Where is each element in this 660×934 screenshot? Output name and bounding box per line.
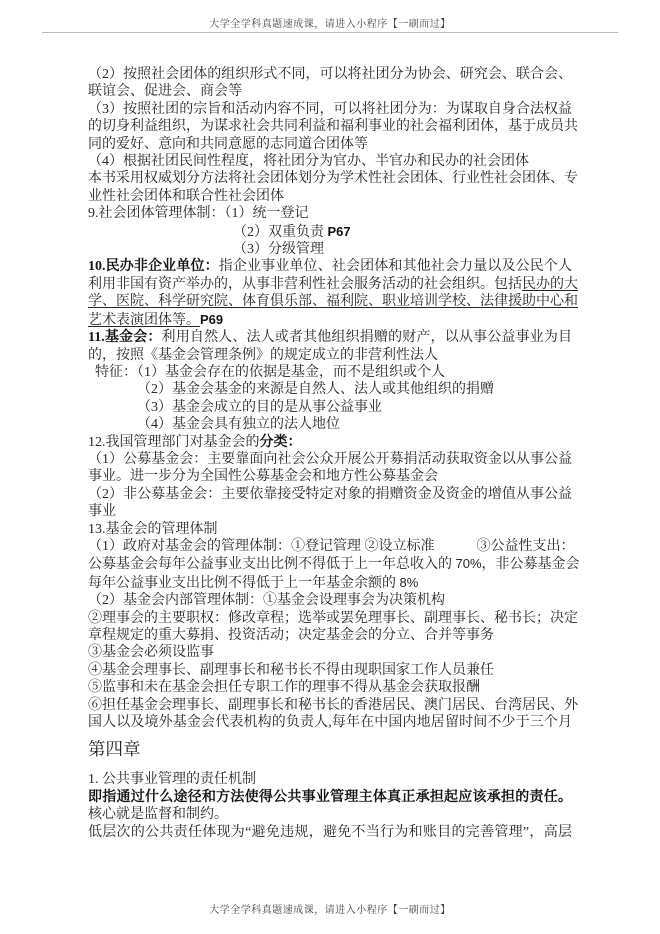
doc-line: 10.民办非企业单位：指企业事业单位、社会团体和其他社会力量以及公民个人 — [88, 258, 572, 275]
doc-text-segment: 分类： — [260, 435, 302, 450]
doc-line: 11.基金会：利用自然人、法人或者其他组织捐赠的财产，以从事公益事业为目 — [88, 329, 572, 346]
doc-text-segment: P69 — [200, 312, 223, 327]
page-header: 大学全学科真题速成课，请进入小程序【一刷而过】 — [0, 15, 660, 30]
doc-text-segment: 13.基金会的管理体制 — [88, 522, 218, 537]
doc-line: 利用非国有资产举办的，从事非营利性社会服务活动的社会组织。包括民办的大 — [88, 276, 572, 293]
doc-line: 艺术表演团体等。P69 — [88, 311, 572, 329]
doc-line: 的切身利益组织，为谋求社会共同利益和福利事业的社会福利团体，基于成员共 — [88, 118, 572, 135]
doc-line: 即指通过什么途径和方法使得公共事业管理主体真正承担起应该承担的责任。 — [88, 789, 572, 806]
doc-line: （4）根据社团民间性程度，将社团分为官办、半官办和民办的社会团体 — [88, 153, 572, 170]
doc-text-segment: （3）分级管理 — [233, 242, 324, 257]
doc-text-segment: 的，按照《基金会管理条例》的规定成立的非营利性法人 — [88, 348, 438, 363]
doc-text-segment: 12.我国管理部门对基金会的 — [88, 435, 260, 450]
doc-line: ⑤监事和未在基金会担任专职工作的理事不得从基金会获取报酬 — [88, 679, 572, 696]
doc-text-segment: 11.基金会： — [88, 330, 162, 345]
doc-text-segment: ④基金会理事长、副理事长和秘书长不得由现职国家工作人员兼任 — [88, 663, 494, 678]
doc-line: 本书采用权威划分方法将社会团体划分为学术性社会团体、行业性社会团体、专 — [88, 170, 572, 187]
doc-text-segment: 的切身利益组织，为谋求社会共同利益和福利事业的社会福利团体，基于成员共 — [88, 119, 578, 134]
doc-line: 每年公益事业支出比例不得低于上一年基金余额的 8% — [88, 574, 572, 592]
doc-line: 核心就是监督和制约。 — [88, 806, 572, 823]
doc-line: 同的爱好、意向和共同意愿的志同道合团体等 — [88, 136, 572, 153]
doc-text-segment: （3）基金会成立的目的是从事公益事业 — [137, 400, 382, 415]
doc-text-segment: ②理事会的主要职权：修改章程；选举或罢免理事长、副理事长、秘书长；决定 — [88, 611, 578, 626]
doc-text-segment: 利用自然人、法人或者其他组织捐赠的财产，以从事公益事业为目 — [162, 330, 572, 345]
doc-text-segment: （4）基金会具有独立的法人地位 — [137, 417, 340, 432]
doc-line: （1）公募基金会：主要靠面向社会公众开展公开募捐活动获取资金以从事公益 — [88, 451, 572, 468]
doc-line: （2）基金会基金的来源是自然人、法人或其他组织的捐赠 — [88, 381, 572, 398]
doc-line: 事业 — [88, 503, 572, 520]
doc-line: 9.社会团体管理体制：（1）统一登记 — [88, 205, 572, 222]
doc-line: （2）双重负责 P67 — [88, 223, 572, 241]
doc-text-segment: 低层次的公共责任体现为“避免违规，避免不当行为和账目的完善管理”，高层 — [88, 825, 572, 840]
doc-line: 业性社会团体和联合性社会团体 — [88, 188, 572, 205]
doc-line: （2）按照社会团体的组织形式不同，可以将社团分为协会、研究会、联合会、 — [88, 66, 572, 83]
doc-line: 12.我国管理部门对基金会的分类： — [88, 434, 572, 451]
footer-text: 大学全学科真题速成课，请进入小程序【一刷而过】 — [209, 905, 451, 916]
doc-text-segment: P67 — [328, 224, 351, 239]
doc-text-segment: 本书采用权威划分方法将社会团体划分为学术性社会团体、行业性社会团体、专 — [88, 171, 578, 186]
doc-text-segment: 即指通过什么途径和方法使得公共事业管理主体真正承担起应该承担的责任。 — [88, 790, 572, 805]
doc-text-segment: 联谊会、促进会、商会等 — [88, 84, 242, 99]
document-body: （2）按照社会团体的组织形式不同，可以将社团分为协会、研究会、联合会、联谊会、促… — [88, 66, 572, 841]
doc-line: （2）非公募基金会：主要依靠接受特定对象的捐赠资金及资金的增值从事公益 — [88, 486, 572, 503]
doc-text-segment: 事业。进一步分为全国性公募基金会和地方性公募基金会 — [88, 469, 438, 484]
doc-text-segment: 利用非国有资产举办的，从事非营利性社会服务活动的社会组织。包括 — [88, 277, 522, 292]
doc-text-segment: 9.社会团体管理体制：（1）统一登记 — [88, 206, 309, 221]
doc-line: ②理事会的主要职权：修改章程；选举或罢免理事长、副理事长、秘书长；决定 — [88, 610, 572, 627]
chapter-heading: 第四章 — [88, 738, 572, 760]
doc-text-segment: （2）基金会内部管理体制：①基金会设理事会为决策机构 — [88, 593, 445, 608]
doc-text-segment: 学、医院、科学研究院、体育俱乐部、福利院、职业培训学校、法律援助中心和 — [88, 294, 578, 309]
doc-line: （2）基金会内部管理体制：①基金会设理事会为决策机构 — [88, 592, 572, 609]
doc-text-segment: 国人以及境外基金会代表机构的负责人,每年在中国内地居留时间不少于三个月 — [88, 715, 572, 730]
doc-text-segment: 事业 — [88, 504, 116, 519]
doc-line: 公募基金会每年公益事业支出比例不得低于上一年总收入的 70%，非公募基金会 — [88, 555, 572, 573]
header-rule — [42, 32, 618, 33]
doc-text-segment: ⑥担任基金会理事长、副理事长和秘书长的香港居民、澳门居民、台湾居民、外 — [88, 698, 578, 713]
doc-text-segment: （4）根据社团民间性程度，将社团分为官办、半官办和民办的社会团体 — [88, 154, 529, 169]
doc-text-segment: 1. 公共事业管理的责任机制 — [88, 772, 256, 787]
doc-text-segment: （2）非公募基金会：主要依靠接受特定对象的捐赠资金及资金的增值从事公益 — [88, 487, 572, 502]
doc-text-segment: 10.民办非企业单位： — [88, 259, 219, 274]
doc-text-segment: 业性社会团体和联合性社会团体 — [88, 189, 284, 204]
doc-text-segment: 特征：（1）基金会存在的依据是基金，而不是组织或个人 — [95, 365, 445, 380]
doc-line: （3）基金会成立的目的是从事公益事业 — [88, 399, 572, 416]
doc-text-segment: （2）双重负责 — [233, 225, 328, 240]
doc-line: （4）基金会具有独立的法人地位 — [88, 416, 572, 433]
doc-text-segment: （1）政府对基金会的管理体制：①登记管理 ②设立标准 ③公益性支出： — [88, 539, 575, 554]
doc-line: ⑥担任基金会理事长、副理事长和秘书长的香港居民、澳门居民、台湾居民、外 — [88, 697, 572, 714]
doc-text-segment: （1）公募基金会：主要靠面向社会公众开展公开募捐活动获取资金以从事公益 — [88, 452, 572, 467]
doc-line: 1. 公共事业管理的责任机制 — [88, 771, 572, 788]
doc-line: 章程规定的重大募捐、投资活动；决定基金会的分立、合并等事务 — [88, 627, 572, 644]
doc-text-segment: 核心就是监督和制约。 — [88, 807, 228, 822]
doc-text-segment: ③基金会必须设监事 — [88, 645, 214, 660]
page-footer: 大学全学科真题速成课，请进入小程序【一刷而过】 — [0, 901, 660, 916]
doc-line: （3）按照社团的宗旨和活动内容不同，可以将社团分为：为谋取自身合法权益 — [88, 101, 572, 118]
doc-line: 学、医院、科学研究院、体育俱乐部、福利院、职业培训学校、法律援助中心和 — [88, 293, 572, 310]
doc-line: （3）分级管理 — [88, 241, 572, 258]
doc-text-segment: 公募基金会每年公益事业支出比例不得低于上一年总收入的 — [88, 557, 456, 572]
header-text: 大学全学科真题速成课，请进入小程序【一刷而过】 — [209, 19, 451, 30]
doc-line: 的，按照《基金会管理条例》的规定成立的非营利性法人 — [88, 347, 572, 364]
doc-text-segment: 艺术表演团体等。 — [88, 313, 200, 328]
doc-line: ③基金会必须设监事 — [88, 644, 572, 661]
doc-text-segment: （3）按照社团的宗旨和活动内容不同，可以将社团分为：为谋取自身合法权益 — [88, 102, 572, 117]
doc-text-segment: 民办的大 — [522, 277, 578, 292]
doc-text-segment: 同的爱好、意向和共同意愿的志同道合团体等 — [88, 137, 368, 152]
doc-text-segment: 70% — [456, 556, 482, 571]
doc-line: 特征：（1）基金会存在的依据是基金，而不是组织或个人 — [88, 364, 572, 381]
doc-line: 联谊会、促进会、商会等 — [88, 83, 572, 100]
doc-text-segment: 章程规定的重大募捐、投资活动；决定基金会的分立、合并等事务 — [88, 628, 494, 643]
doc-line: 低层次的公共责任体现为“避免违规，避免不当行为和账目的完善管理”，高层 — [88, 824, 572, 841]
doc-text-segment: 每年公益事业支出比例不得低于上一年基金余额的 — [88, 576, 400, 591]
doc-line: 13.基金会的管理体制 — [88, 521, 572, 538]
doc-text-segment: 8% — [400, 575, 419, 590]
doc-line: ④基金会理事长、副理事长和秘书长不得由现职国家工作人员兼任 — [88, 662, 572, 679]
doc-line: 事业。进一步分为全国性公募基金会和地方性公募基金会 — [88, 468, 572, 485]
doc-text-segment: 指企业事业单位、社会团体和其他社会力量以及公民个人 — [219, 259, 572, 274]
page-container: 大学全学科真题速成课，请进入小程序【一刷而过】 （2）按照社会团体的组织形式不同… — [0, 0, 660, 934]
doc-text-segment: ⑤监事和未在基金会担任专职工作的理事不得从基金会获取报酬 — [88, 680, 480, 695]
doc-line: （1）政府对基金会的管理体制：①登记管理 ②设立标准 ③公益性支出： — [88, 538, 572, 555]
doc-text-segment: 第四章 — [88, 739, 141, 759]
doc-line: 国人以及境外基金会代表机构的负责人,每年在中国内地居留时间不少于三个月 — [88, 714, 572, 731]
doc-text-segment: ，非公募基金会 — [482, 557, 580, 572]
doc-text-segment: （2）按照社会团体的组织形式不同，可以将社团分为协会、研究会、联合会、 — [88, 67, 572, 82]
doc-text-segment: （2）基金会基金的来源是自然人、法人或其他组织的捐赠 — [137, 382, 494, 397]
